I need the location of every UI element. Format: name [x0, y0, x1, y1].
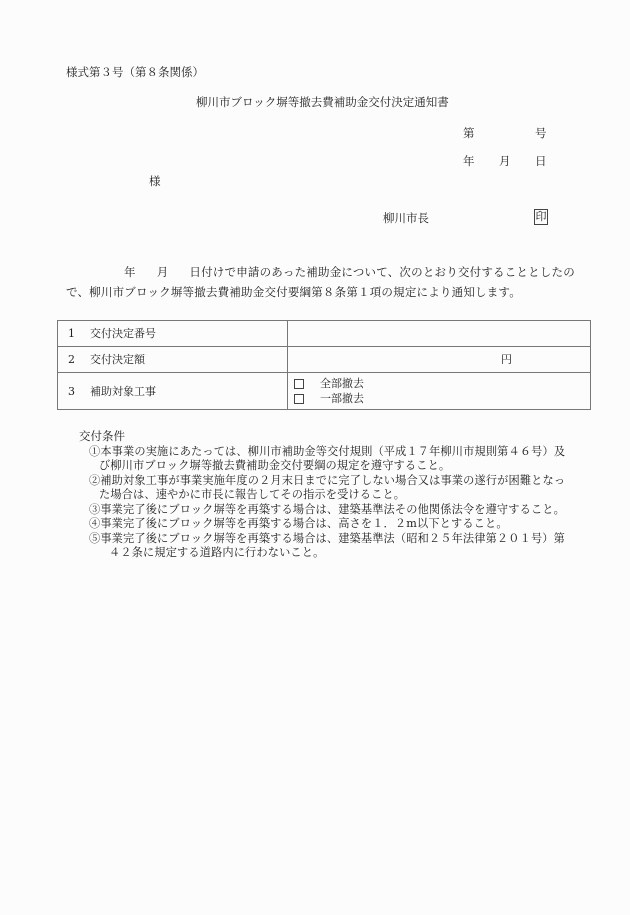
recipient-honorific: 様	[149, 176, 161, 188]
checkbox-icon[interactable]	[294, 394, 304, 404]
table-label-cell: 3補助対象工事	[58, 373, 288, 410]
row-number: 1	[58, 328, 90, 339]
number-suffix: 号	[535, 128, 547, 140]
option-partial-removal[interactable]: 一部撤去	[288, 391, 590, 406]
condition-item-2-cont: た場合は、速やかに市長に報告してその指示を受けること。	[99, 489, 405, 500]
option-full-removal[interactable]: 全部撤去	[288, 376, 590, 391]
seal-stamp-icon: 印	[534, 209, 548, 225]
row-label: 交付決定番号	[90, 328, 156, 339]
body-text-line-1: 年月日付けで申請のあった補助金について、次のとおり交付することとしたの	[124, 267, 575, 279]
table-row: 1交付決定番号	[58, 321, 591, 347]
document-title: 柳川市ブロック塀等撤去費補助金交付決定通知書	[196, 97, 449, 109]
issuer-name: 柳川市長	[383, 213, 429, 225]
condition-item-4: ④事業完了後にブロック塀等を再築する場合は、高さを１．２m以下とすること。	[89, 518, 508, 529]
option-label: 一部撤去	[320, 393, 364, 404]
body-text-line-2: で、柳川市ブロック塀等撤去費補助金交付要綱第８条第１項の規定により通知します。	[66, 287, 521, 299]
row-number: 2	[58, 354, 90, 365]
row-label: 補助対象工事	[90, 386, 156, 397]
checkbox-icon[interactable]	[294, 379, 304, 389]
yen-unit: 円	[288, 354, 590, 365]
body-month: 月	[157, 265, 169, 279]
table-row: 3補助対象工事 全部撤去 一部撤去	[58, 373, 591, 410]
date-year-label: 年	[463, 156, 475, 168]
row-label: 交付決定額	[90, 354, 145, 365]
decision-table: 1交付決定番号 2交付決定額 円 3補助対象工事 全部撤去	[57, 320, 591, 410]
condition-item-5-cont: ４２条に規定する道路内に行わないこと。	[109, 547, 324, 558]
body-rest: 日付けで申請のあった補助金について、次のとおり交付することとしたの	[189, 265, 575, 279]
work-type-options: 全部撤去 一部撤去	[288, 373, 591, 410]
table-label-cell: 2交付決定額	[58, 347, 288, 373]
decision-amount-field: 円	[288, 347, 591, 373]
date-day-label: 日	[535, 156, 547, 168]
body-year: 年	[124, 265, 136, 279]
row-number: 3	[58, 386, 90, 397]
conditions-title: 交付条件	[79, 431, 125, 443]
table-row: 2交付決定額 円	[58, 347, 591, 373]
option-label: 全部撤去	[320, 378, 364, 389]
date-month-label: 月	[499, 156, 511, 168]
condition-item-5: ⑤事業完了後にブロック塀等を再築する場合は、建築基準法（昭和２５年法律第２０１号…	[89, 533, 565, 544]
number-prefix: 第	[463, 128, 475, 140]
table-label-cell: 1交付決定番号	[58, 321, 288, 347]
form-number: 様式第３号（第８条関係）	[66, 67, 204, 79]
condition-item-2: ②補助対象工事が事業実施年度の２月末日までに完了しない場合又は事業の遂行が困難と…	[89, 475, 565, 486]
condition-item-1-cont: び柳川市ブロック塀等撤去費補助金交付要綱の規定を遵守すること。	[99, 460, 450, 471]
decision-number-field	[288, 321, 591, 347]
condition-item-3: ③事業完了後にブロック塀等を再築する場合は、建築基準法その他関係法令を遵守するこ…	[89, 504, 565, 515]
condition-item-1: ①本事業の実施にあたっては、柳川市補助金等交付規則（平成１７年柳川市規則第４６号…	[89, 446, 565, 457]
